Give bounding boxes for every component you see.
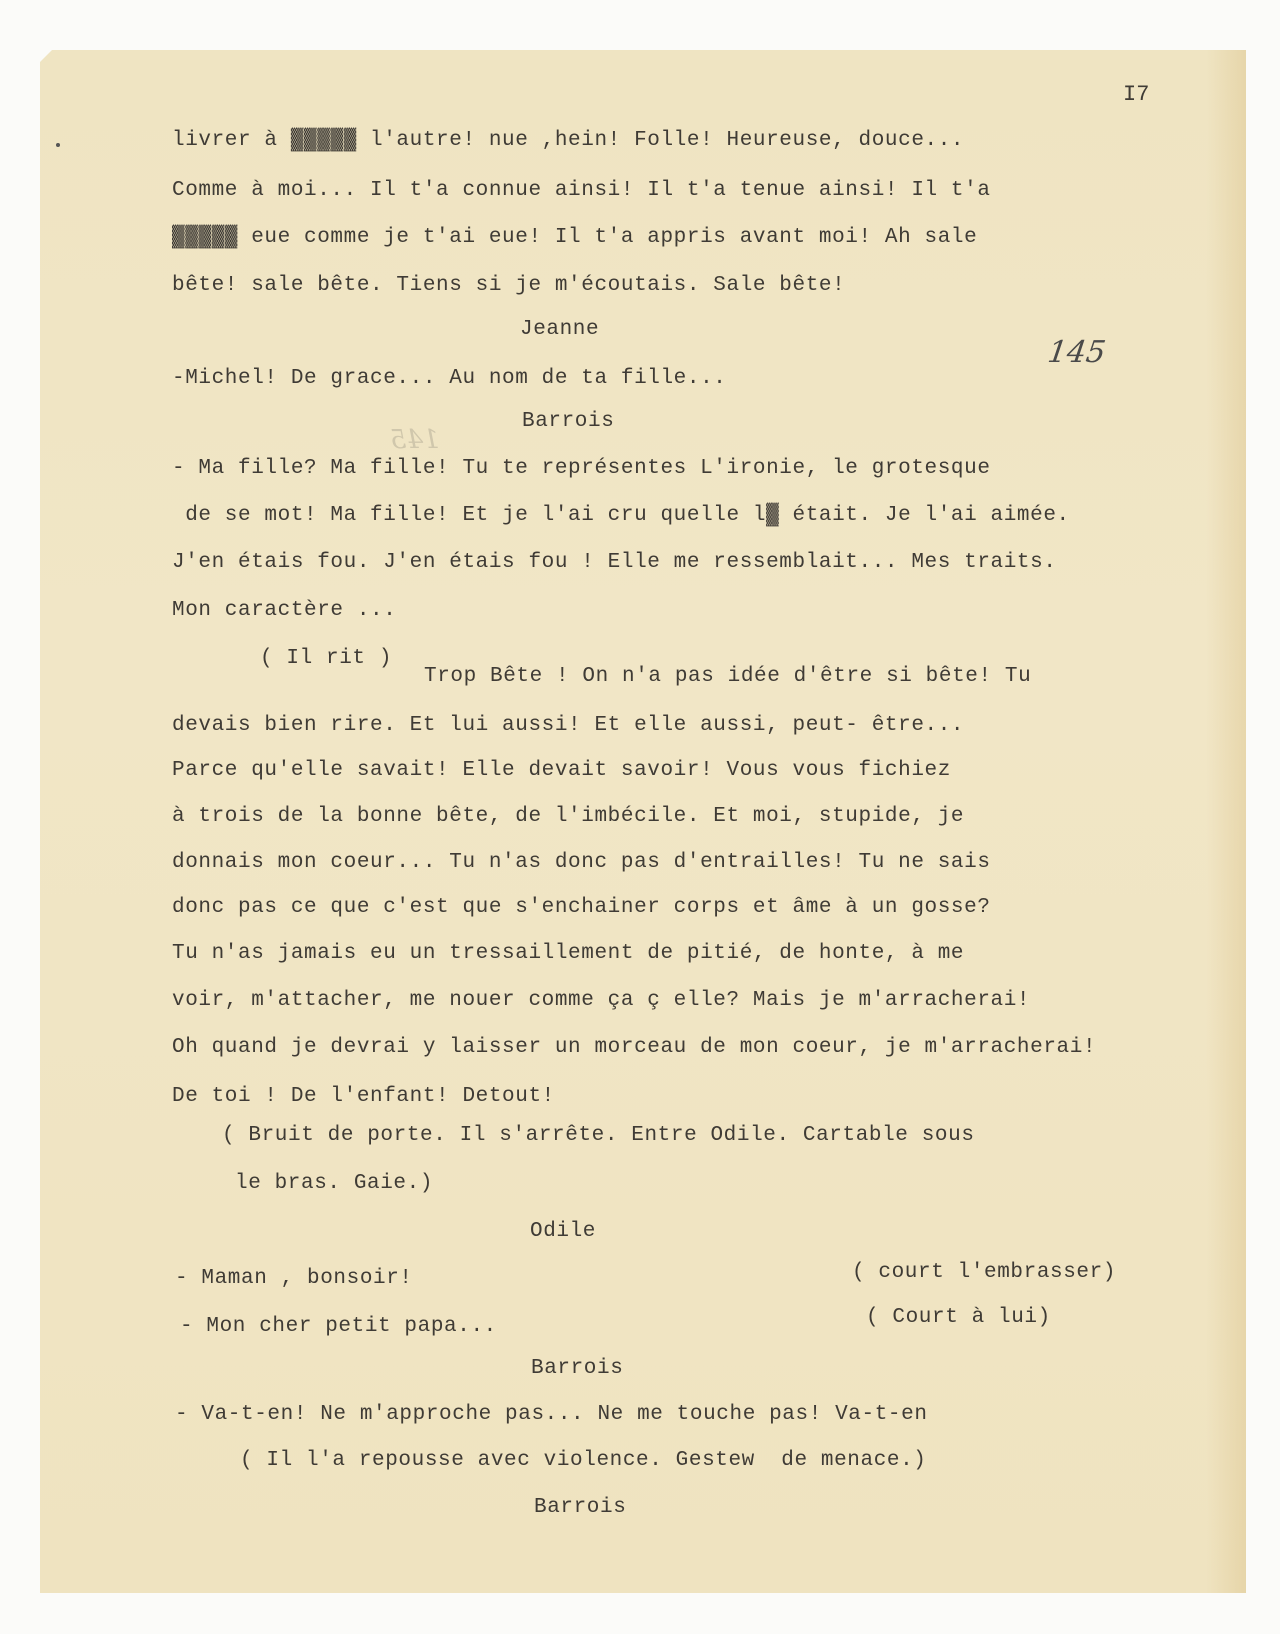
script-line: De toi ! De l'enfant! Detout! xyxy=(172,1086,555,1107)
script-line: J'en étais fou. J'en étais fou ! Elle me… xyxy=(172,552,1057,573)
script-line: ( court l'embrasser) xyxy=(852,1262,1116,1283)
speaker-name: Barrois xyxy=(531,1357,623,1380)
script-line: devais bien rire. Et lui aussi! Et elle … xyxy=(172,715,964,736)
script-line: voir, m'attacher, me nouer comme ça ç el… xyxy=(172,990,1030,1011)
script-line: - Maman , bonsoir! xyxy=(175,1268,413,1289)
script-line: Comme à moi... Il t'a connue ainsi! Il t… xyxy=(172,180,991,201)
script-line: ( Bruit de porte. Il s'arrête. Entre Odi… xyxy=(222,1125,975,1146)
script-line: - Mon cher petit papa... xyxy=(180,1316,497,1337)
speaker-name: Jeanne xyxy=(520,318,599,341)
script-line: Parce qu'elle savait! Elle devait savoir… xyxy=(172,760,951,781)
script-line: Mon caractère ... xyxy=(172,600,396,621)
script-line: ( Il l'a repousse avec violence. Gestew … xyxy=(240,1450,927,1471)
script-line: Tu n'as jamais eu un tressaillement de p… xyxy=(172,943,964,964)
script-line: le bras. Gaie.) xyxy=(235,1173,433,1194)
script-line: livrer à ▓▓▓▓▓ l'autre! nue ,hein! Folle… xyxy=(172,130,964,151)
script-line: ▓▓▓▓▓ eue comme je t'ai eue! Il t'a appr… xyxy=(172,227,977,248)
speaker-name: Odile xyxy=(530,1220,596,1243)
speaker-name: Barrois xyxy=(534,1496,626,1519)
script-line: bête! sale bête. Tiens si je m'écoutais.… xyxy=(172,275,845,296)
script-line: donnais mon coeur... Tu n'as donc pas d'… xyxy=(172,852,991,873)
script-line: - Va-t-en! Ne m'approche pas... Ne me to… xyxy=(175,1404,928,1425)
script-line: donc pas ce que c'est que s'enchainer co… xyxy=(172,897,991,918)
bleed-through-folio-number: 145 xyxy=(390,425,440,455)
script-line: -Michel! De grace... Au nom de ta fille.… xyxy=(172,368,727,389)
script-line: de se mot! Ma fille! Et je l'ai cru quel… xyxy=(172,505,1070,526)
script-line: Trop Bête ! On n'a pas idée d'être si bê… xyxy=(424,666,1031,687)
speaker-name: Barrois xyxy=(522,410,614,433)
script-line: ( Il rit ) xyxy=(260,648,392,669)
paper-speck xyxy=(56,143,60,147)
script-line: - Ma fille? Ma fille! Tu te représentes … xyxy=(172,458,991,479)
page-number: I7 xyxy=(1123,82,1149,107)
script-line: à trois de la bonne bête, de l'imbécile.… xyxy=(172,806,964,827)
handwritten-folio-number: 145 xyxy=(1046,335,1108,370)
script-line: ( Court à lui) xyxy=(866,1307,1051,1328)
script-line: Oh quand je devrai y laisser un morceau … xyxy=(172,1037,1096,1058)
